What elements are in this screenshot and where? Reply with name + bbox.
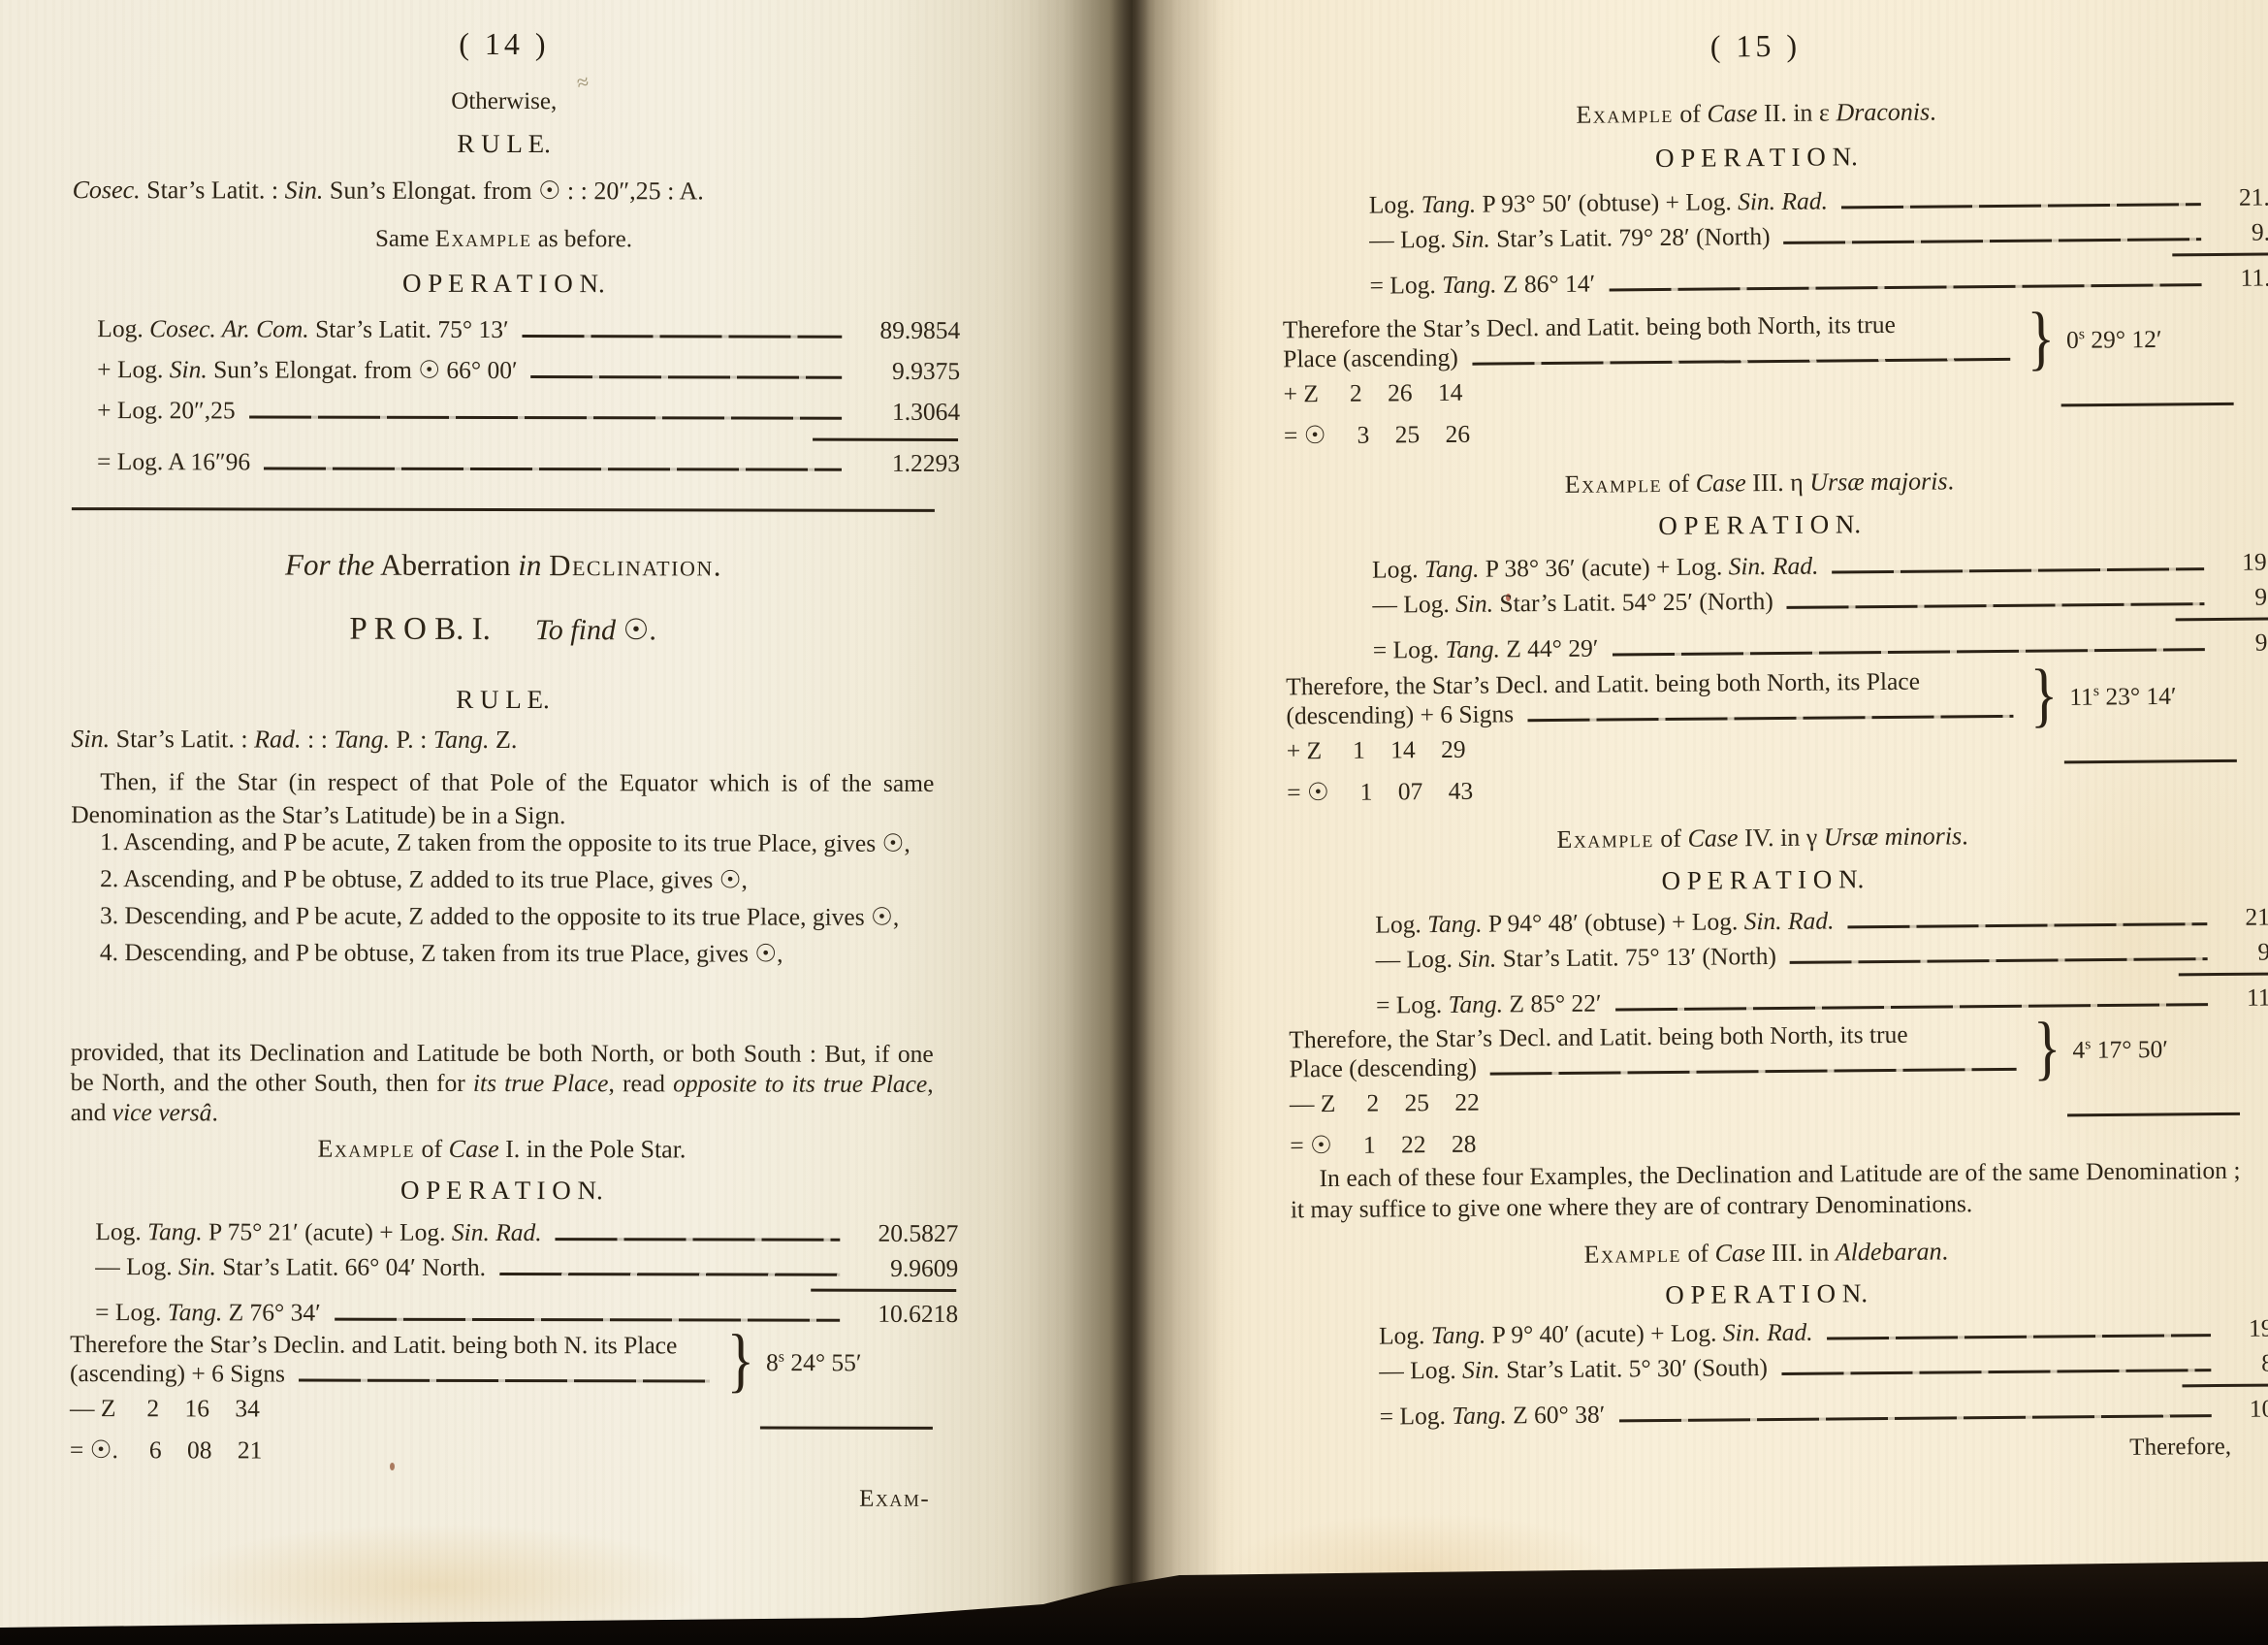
operation-label: = ☉ (1287, 778, 1329, 806)
example-4-therefore: Therefore, the Star’s Decl. and Latit. b… (1289, 1017, 2240, 1161)
therefore-line1: Therefore the Star’s Declin. and Latit. … (70, 1330, 720, 1360)
operation-row: = Log. A 16″961.2293 (97, 447, 960, 478)
operation-value: 9.9854 (2217, 937, 2268, 967)
example-1-heading: Example of Case I. in the Pole Star. (70, 1134, 933, 1165)
example-4-operation: Log. Tang. P 94° 48′ (obtuse) + Log. Sin… (1288, 902, 2268, 1027)
therefore-statement: Therefore, the Star’s Decl. and Latit. b… (1286, 664, 2236, 731)
therefore-value: 8s 24° 55′ (758, 1343, 933, 1378)
operation-label: Log. Tang. P 9° 40′ (acute) + Log. Sin. … (1379, 1318, 1813, 1351)
operation-value: 9.9375 (851, 357, 960, 386)
therefore-value: 11s 23° 14′ (2061, 676, 2236, 712)
therefore-line2-label: Place (ascending) (1283, 343, 1458, 374)
dash-leader (1784, 238, 2202, 244)
operation-label: + Log. Sin. Sun’s Elongat. from ☉ 66° 00… (97, 355, 517, 385)
dash-leader (1841, 203, 2201, 209)
operation-label: — Log. Sin. Star’s Latit. 66° 04′ North. (95, 1252, 486, 1282)
operation-value: 1 14 29 (1345, 735, 1466, 764)
dash-leader (1472, 357, 2011, 365)
operation-label: — Log. Sin. Star’s Latit. 79° 28′ (North… (1369, 222, 1771, 255)
operation-label: Log. Tang. P 38° 36′ (acute) + Log. Sin.… (1372, 552, 1819, 585)
operation-row: — Z2 16 34 (70, 1394, 933, 1425)
operation-value: 1.3064 (851, 398, 960, 427)
operation-value: 11.1813 (2211, 263, 2268, 293)
operation-label: — Z (1290, 1089, 1336, 1117)
dash-leader (1781, 1369, 2211, 1375)
example-3-operation: Log. Tang. P 38° 36′ (acute) + Log. Sin.… (1285, 547, 2268, 672)
operation-label: = ☉ (1290, 1131, 1332, 1159)
rule-formula-2: Sin. Star’s Latit. : Rad. : : Tang. P. :… (71, 725, 934, 756)
operation-row: Log. Tang. P 75° 21′ (acute) + Log. Sin.… (95, 1217, 958, 1248)
therefore-block: Therefore the Star’s Declin. and Latit. … (70, 1330, 933, 1467)
therefore-line2-label: (ascending) + 6 Signs (70, 1359, 285, 1388)
therefore-statement: Therefore the Star’s Declin. and Latit. … (70, 1330, 933, 1390)
section-heading: For the Aberration in Declination. (72, 550, 935, 581)
operation-value: 20.5827 (849, 1219, 958, 1248)
dash-leader (1827, 1334, 2211, 1339)
operation-block-2: Log. Tang. P 75° 21′ (acute) + Log. Sin.… (70, 1217, 968, 1335)
sum-rule (2061, 403, 2234, 407)
case-list-item: 2. Ascending, and P be obtuse, Z added t… (71, 862, 934, 897)
operation-label: — Log. Sin. Star’s Latit. 75° 13′ (North… (1375, 942, 1776, 975)
operation-row: = Log. Tang. Z 76° 34′10.6218 (95, 1298, 958, 1329)
therefore-line2-label: Place (descending) (1289, 1053, 1477, 1084)
operation-row: — Log. Sin. Star’s Latit. 79° 28′ (North… (1369, 217, 2268, 255)
therefore-statement: Therefore the Star’s Decl. and Latit. be… (1283, 307, 2233, 374)
therefore-line2: Place (descending) (1289, 1048, 2027, 1084)
operation-label: = Log. Tang. Z 86° 14′ (1369, 270, 1595, 301)
brace-glyph: } (2030, 665, 2059, 724)
operation-value: 8.9815 (2220, 1348, 2268, 1378)
operation-value: 2 26 14 (1342, 378, 1463, 407)
problem-goal: To find ☉. (535, 614, 656, 646)
dash-leader (1618, 1414, 2211, 1422)
dash-leader (523, 335, 843, 339)
operation-value: 9.9920 (2215, 628, 2268, 658)
operation-label: Log. Tang. P 75° 21′ (acute) + Log. Sin.… (95, 1217, 541, 1247)
therefore-value: 0s 29° 12′ (2059, 319, 2233, 355)
operation-value: 9.9609 (849, 1254, 958, 1283)
operation-row: = Log. Tang. Z 86° 14′11.1813 (1369, 263, 2268, 301)
sum-rule (2067, 1113, 2240, 1117)
rule-heading: R U L E. (73, 128, 936, 159)
operation-value: 1.2293 (851, 449, 960, 478)
operation-row: = Log. Tang. Z 85° 22′11.0905 (1376, 983, 2268, 1020)
catchword-left: Exam- (859, 1485, 929, 1514)
operation-label: — Log. Sin. Star’s Latit. 54° 25′ (North… (1372, 587, 1773, 620)
dash-leader (1615, 1003, 2208, 1011)
operation-value: 89.9854 (851, 316, 960, 345)
dash-leader (1527, 714, 2014, 721)
operation-row: = Log. Tang. Z 60° 38′10.2498 (1380, 1394, 2268, 1432)
dash-leader (249, 415, 842, 419)
page-number-left: ( 14 ) (73, 28, 936, 59)
operation-value: 9.9102 (2214, 582, 2268, 612)
sum-rule (2172, 252, 2268, 256)
sum-rule (2182, 1383, 2268, 1387)
operation-value: 1 07 43 (1353, 777, 1474, 806)
operation-label: + Log. 20″,25 (97, 396, 236, 425)
therefore-text: Therefore, the Star’s Decl. and Latit. b… (1289, 1019, 2027, 1084)
operation-value: 10.2498 (2221, 1394, 2268, 1424)
therefore-text: Therefore the Star’s Decl. and Latit. be… (1283, 309, 2021, 374)
paragraph-sign: Then, if the Star (in respect of that Po… (71, 765, 934, 833)
operation-row: — Log. Sin. Star’s Latit. 54° 25′ (North… (1372, 582, 2268, 620)
operation-value: 11.0905 (2218, 983, 2268, 1013)
paragraph-proviso: provided, that its Declination and Latit… (71, 1037, 934, 1129)
sum-rule (760, 1427, 933, 1430)
problem-number: P R O B. I. (349, 612, 491, 647)
therefore-line2: Place (ascending) (1283, 339, 2021, 374)
therefore-statement: Therefore, the Star’s Decl. and Latit. b… (1289, 1017, 2239, 1084)
example-5-operation: Log. Tang. P 9° 40′ (acute) + Log. Sin. … (1292, 1313, 2268, 1438)
operation-value: 21.1739 (2211, 182, 2268, 212)
otherwise-label: Otherwise, (73, 86, 936, 117)
case-list-item: 3. Descending, and P be acute, Z added t… (71, 899, 934, 934)
brace-glyph: } (2028, 308, 2056, 367)
operation-label: = ☉. (70, 1435, 118, 1464)
dash-leader (1609, 283, 2201, 291)
therefore-line2-label: (descending) + 6 Signs (1286, 699, 1514, 730)
therefore-line2: (descending) + 6 Signs (1286, 695, 2024, 731)
therefore-text: Therefore, the Star’s Decl. and Latit. b… (1286, 666, 2024, 731)
operation-heading-2: O P E R A T I O N. (70, 1175, 933, 1206)
operation-label: — Log. Sin. Star’s Latit. 5° 30′ (South) (1379, 1353, 1768, 1385)
dash-leader (1847, 922, 2207, 928)
operation-row: + Log. Sin. Sun’s Elongat. from ☉ 66° 00… (97, 355, 960, 386)
operation-value: 19.9022 (2214, 547, 2268, 577)
operation-label: = Log. A 16″96 (97, 447, 250, 476)
book-scan: { "page_left": { "page_number": "( 14 )"… (0, 0, 2268, 1645)
dash-leader (335, 1317, 840, 1321)
rule-formula: Cosec. Star’s Latit. : Sin. Sun’s Elonga… (73, 176, 936, 207)
dash-leader (556, 1238, 841, 1242)
operation-row: — Log. Sin. Star’s Latit. 75° 13′ (North… (1375, 937, 2268, 975)
operation-value: 2 16 34 (139, 1394, 260, 1422)
dash-leader (1790, 957, 2208, 964)
interlude-paragraph: In each of these four Examples, the Decl… (1290, 1155, 2241, 1226)
example-2-operation: Log. Tang. P 93° 50′ (obtuse) + Log. Sin… (1282, 182, 2268, 307)
problem-heading: P R O B. I.To find ☉. (72, 614, 935, 646)
sum-rule (811, 1289, 956, 1292)
operation-heading: O P E R A T I O N. (72, 268, 935, 299)
operation-row: + Log. 20″,251.3064 (97, 396, 960, 427)
operation-label: Log. Tang. P 93° 50′ (obtuse) + Log. Sin… (1369, 186, 1828, 219)
rule-heading-2: R U L E. (71, 684, 934, 715)
therefore-line2: (ascending) + 6 Signs (70, 1359, 720, 1389)
operation-value: 10.6218 (849, 1300, 958, 1329)
therefore-text: Therefore the Star’s Declin. and Latit. … (70, 1330, 720, 1389)
operation-value: 3 25 26 (1349, 420, 1470, 449)
operation-row: = ☉.6 08 21 (70, 1435, 933, 1467)
catchword-right: Therefore, (2129, 1433, 2231, 1463)
operation-label: = ☉ (1284, 421, 1326, 449)
case-list: 1. Ascending, and P be acute, Z taken fr… (71, 825, 934, 975)
dash-leader (264, 467, 842, 470)
operation-label: + Z (1283, 379, 1319, 407)
dash-leader (499, 1272, 840, 1275)
brace-glyph: } (727, 1331, 755, 1389)
same-example-line: Same Example as before. (72, 224, 935, 255)
operation-label: + Z (1287, 736, 1323, 764)
operation-value: 6 08 21 (142, 1435, 263, 1464)
dash-leader (299, 1378, 711, 1382)
brace-glyph: } (2033, 1018, 2061, 1077)
sum-rule (2179, 972, 2268, 976)
operation-value: 21.0759 (2217, 902, 2268, 932)
dash-leader (1787, 602, 2205, 609)
operation-value: 2 25 22 (1358, 1088, 1480, 1117)
operation-label: = Log. Tang. Z 76° 34′ (95, 1298, 321, 1327)
sum-rule (2176, 617, 2268, 621)
operation-label: = Log. Tang. Z 60° 38′ (1380, 1401, 1606, 1432)
operation-value: 9.9926 (2211, 217, 2268, 247)
operation-row: — Log. Sin. Star’s Latit. 5° 30′ (South)… (1379, 1348, 2268, 1386)
operation-row: Log. Cosec. Ar. Com. Star’s Latit. 75° 1… (97, 314, 960, 345)
operation-label: Log. Tang. P 94° 48′ (obtuse) + Log. Sin… (1375, 906, 1834, 939)
dash-leader (1490, 1067, 2017, 1075)
operation-label: = Log. Tang. Z 44° 29′ (1373, 634, 1599, 665)
operation-row: — Log. Sin. Star’s Latit. 66° 04′ North.… (95, 1252, 958, 1283)
sum-rule (813, 438, 958, 441)
sum-rule (2064, 759, 2237, 764)
operation-block: Log. Cosec. Ar. Com. Star’s Latit. 75° 1… (72, 314, 970, 490)
dash-leader (1832, 567, 2204, 573)
operation-value: 1 22 28 (1356, 1130, 1477, 1159)
dash-leader (531, 375, 843, 379)
case-list-item: 4. Descending, and P be obtuse, Z taken … (71, 936, 934, 971)
operation-value: 19.2313 (2220, 1313, 2268, 1343)
case-list-item: 1. Ascending, and P be acute, Z taken fr… (71, 825, 934, 860)
operation-label: = Log. Tang. Z 85° 22′ (1376, 989, 1602, 1020)
example-3-therefore: Therefore, the Star’s Decl. and Latit. b… (1286, 664, 2237, 808)
dash-leader (1612, 648, 2204, 656)
operation-label: — Z (70, 1394, 116, 1422)
therefore-value: 4s 17° 50′ (2064, 1029, 2239, 1065)
operation-label: Log. Cosec. Ar. Com. Star’s Latit. 75° 1… (97, 314, 508, 344)
example-2-therefore: Therefore the Star’s Decl. and Latit. be… (1283, 307, 2234, 451)
operation-row: = Log. Tang. Z 44° 29′9.9920 (1373, 628, 2268, 665)
